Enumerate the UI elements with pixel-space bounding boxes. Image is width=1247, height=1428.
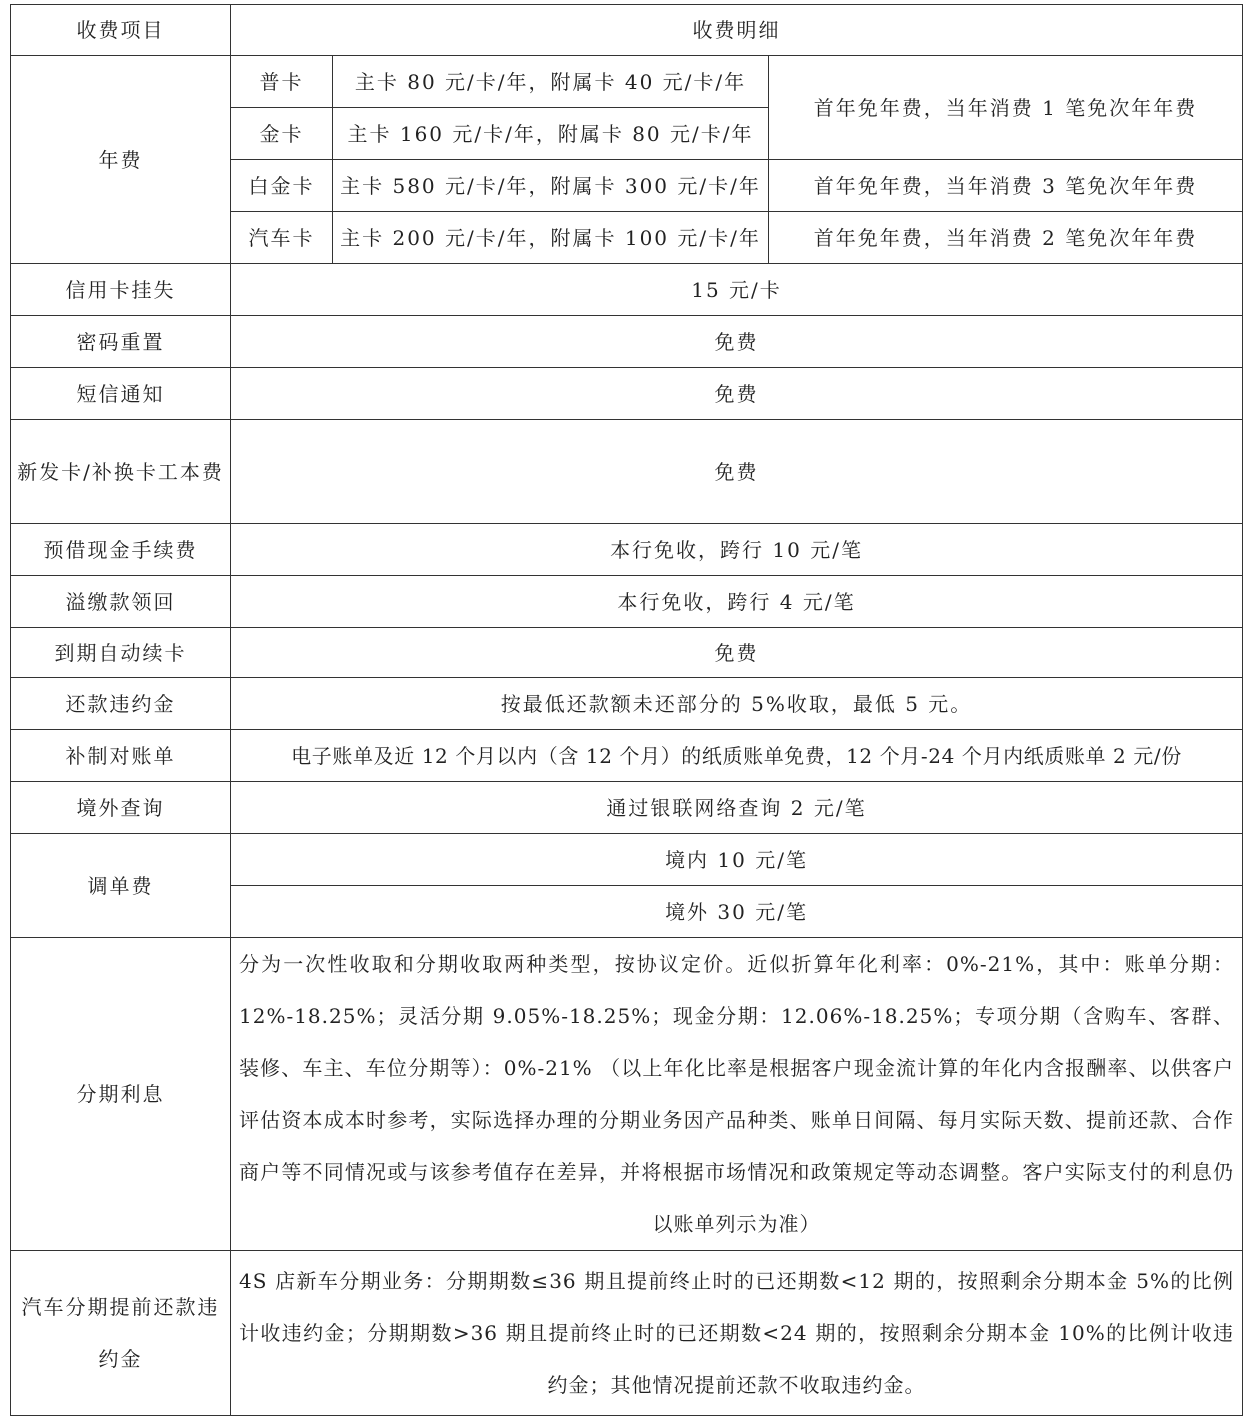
row-detail: 电子账单及近 12 个月以内（含 12 个月）的纸质账单免费，12 个月-24 … [231,730,1243,782]
table-row: 密码重置 免费 [11,316,1243,368]
annual-fee-row-normal: 年费 普卡 主卡 80 元/卡/年，附属卡 40 元/卡/年 首年免年费，当年消… [11,56,1243,108]
card-type: 白金卡 [231,160,333,212]
row-item: 信用卡挂失 [11,264,231,316]
row-item: 还款违约金 [11,678,231,730]
installment-interest-label: 分期利息 [11,938,231,1251]
table-row: 短信通知 免费 [11,368,1243,420]
auto-prepayment-row: 汽车分期提前还款违约金 4S 店新车分期业务：分期期数≤36 期且提前终止时的已… [11,1251,1243,1416]
row-detail: 免费 [231,316,1243,368]
header-detail: 收费明细 [231,5,1243,56]
table-row: 溢缴款领回 本行免收，跨行 4 元/笔 [11,576,1243,628]
table-row: 预借现金手续费 本行免收，跨行 10 元/笔 [11,524,1243,576]
card-price: 主卡 160 元/卡/年，附属卡 80 元/卡/年 [333,108,769,160]
row-item: 新发卡/补换卡工本费 [11,420,231,524]
card-price: 主卡 80 元/卡/年，附属卡 40 元/卡/年 [333,56,769,108]
row-item: 境外查询 [11,782,231,834]
row-item: 到期自动续卡 [11,628,231,678]
installment-interest-row: 分期利息 分为一次性收取和分期收取两种类型，按协议定价。近似折算年化利率：0%-… [11,938,1243,1251]
row-item: 补制对账单 [11,730,231,782]
row-detail: 免费 [231,420,1243,524]
row-item: 密码重置 [11,316,231,368]
row-detail: 按最低还款额未还部分的 5%收取，最低 5 元。 [231,678,1243,730]
row-item: 短信通知 [11,368,231,420]
row-detail: 15 元/卡 [231,264,1243,316]
retrieval-fee-label: 调单费 [11,834,231,938]
row-detail: 通过银联网络查询 2 元/笔 [231,782,1243,834]
row-detail: 本行免收，跨行 4 元/笔 [231,576,1243,628]
row-detail: 免费 [231,368,1243,420]
card-type: 汽车卡 [231,212,333,264]
card-waiver: 首年免年费，当年消费 3 笔免次年年费 [769,160,1243,212]
auto-prepayment-detail: 4S 店新车分期业务：分期期数≤36 期且提前终止时的已还期数<12 期的，按照… [231,1251,1243,1416]
table-header-row: 收费项目 收费明细 [11,5,1243,56]
table-row: 还款违约金 按最低还款额未还部分的 5%收取，最低 5 元。 [11,678,1243,730]
row-item: 预借现金手续费 [11,524,231,576]
row-detail: 免费 [231,628,1243,678]
installment-interest-detail: 分为一次性收取和分期收取两种类型，按协议定价。近似折算年化利率：0%-21%，其… [231,938,1243,1251]
fee-schedule-table: 收费项目 收费明细 年费 普卡 主卡 80 元/卡/年，附属卡 40 元/卡/年… [10,4,1243,1416]
table-row: 新发卡/补换卡工本费 免费 [11,420,1243,524]
retrieval-fee-domestic: 境内 10 元/笔 [231,834,1243,886]
table-row: 信用卡挂失 15 元/卡 [11,264,1243,316]
card-waiver: 首年免年费，当年消费 1 笔免次年年费 [769,56,1243,160]
card-type: 金卡 [231,108,333,160]
table-row: 到期自动续卡 免费 [11,628,1243,678]
row-item: 溢缴款领回 [11,576,231,628]
annual-fee-label: 年费 [11,56,231,264]
row-detail: 本行免收，跨行 10 元/笔 [231,524,1243,576]
card-price: 主卡 580 元/卡/年，附属卡 300 元/卡/年 [333,160,769,212]
header-item: 收费项目 [11,5,231,56]
card-waiver: 首年免年费，当年消费 2 笔免次年年费 [769,212,1243,264]
card-price: 主卡 200 元/卡/年，附属卡 100 元/卡/年 [333,212,769,264]
table-row: 境外查询 通过银联网络查询 2 元/笔 [11,782,1243,834]
retrieval-fee-overseas: 境外 30 元/笔 [231,886,1243,938]
table-row: 补制对账单 电子账单及近 12 个月以内（含 12 个月）的纸质账单免费，12 … [11,730,1243,782]
retrieval-fee-row-domestic: 调单费 境内 10 元/笔 [11,834,1243,886]
card-type: 普卡 [231,56,333,108]
auto-prepayment-label: 汽车分期提前还款违约金 [11,1251,231,1416]
